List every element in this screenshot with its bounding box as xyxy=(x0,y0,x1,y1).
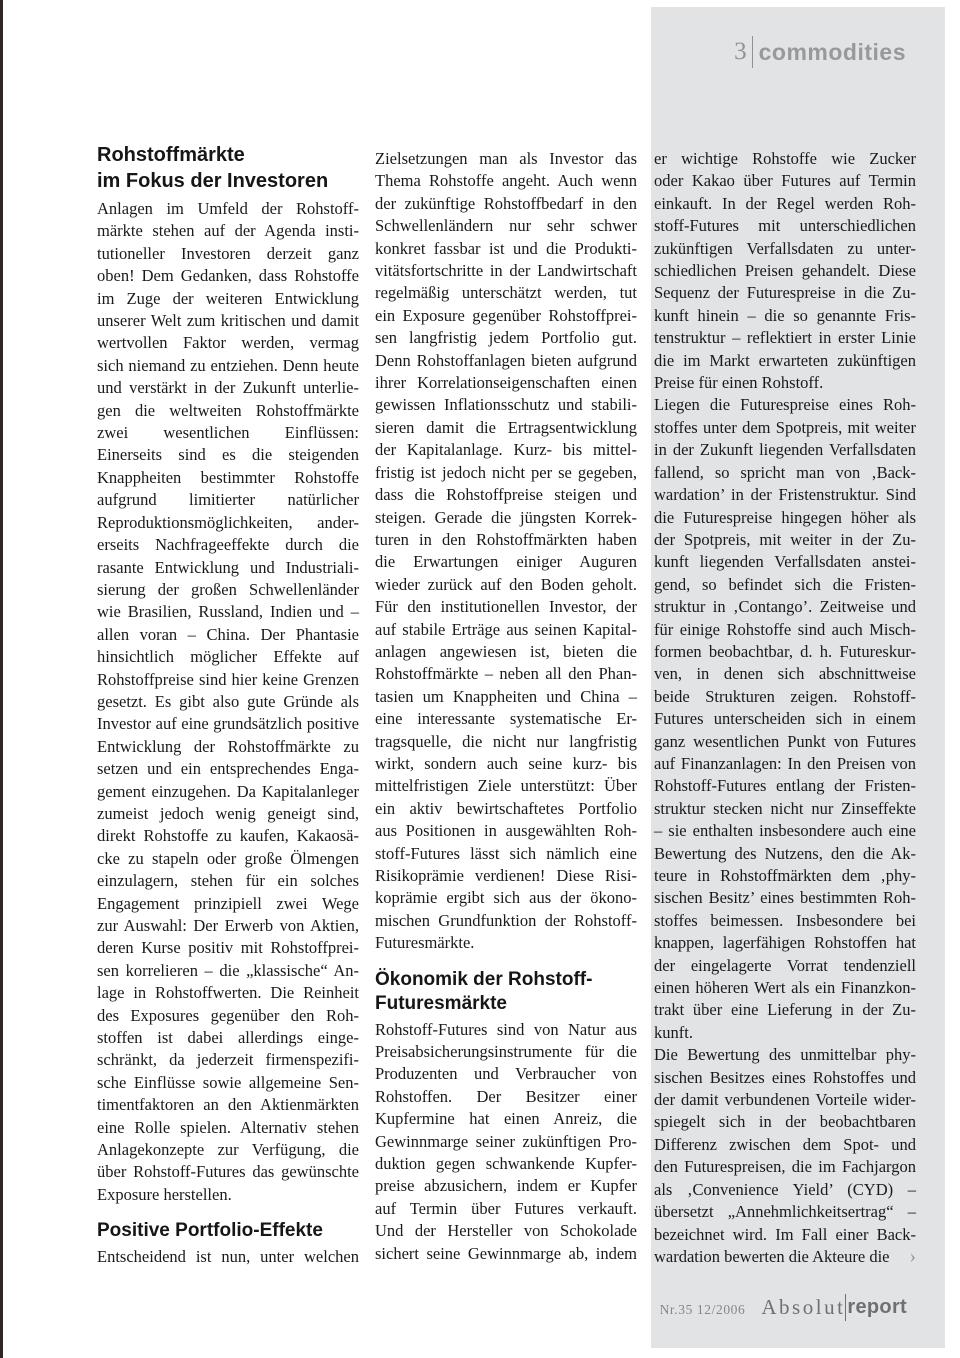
page-left-edge-line xyxy=(0,0,3,1358)
issue-number: Nr.35 12/2006 xyxy=(660,1302,746,1318)
magazine-page: 3 commodities Rohstoffmärkte im Fokus de… xyxy=(0,0,960,1358)
column-2: Zielsetzungen man als Investor das Thema… xyxy=(375,148,637,1265)
paragraph-backwardation-lastline: kunft. xyxy=(654,1022,916,1044)
imprint-footer: Nr.35 12/2006 Absolut report xyxy=(660,1294,907,1321)
paragraph-zucker-kakao-lastline: Preise für einen Rohstoff. xyxy=(654,372,916,394)
paragraph-futures-natur: Rohstoff-Futures sind von Natur aus Prei… xyxy=(375,1019,637,1265)
paragraph-convenience-yield: Die Bewertung des unmittelbar phy- sisch… xyxy=(654,1044,916,1246)
article-title-line2: im Fokus der Investoren xyxy=(97,169,359,195)
header-divider-rule xyxy=(752,36,753,68)
lastline-text: wardation bewerten die Akteure die xyxy=(654,1246,890,1268)
paragraph-zielsetzungen: Zielsetzungen man als Investor das Thema… xyxy=(375,148,637,932)
paragraph-zucker-kakao: er wichtige Rohstoffe wie Zucker oder Ka… xyxy=(654,148,916,372)
paragraph-portfolio: Entscheidend ist nun, unter welchen xyxy=(97,1246,359,1268)
article-title-line1: Rohstoffmärkte xyxy=(97,143,359,169)
running-head: 3 commodities xyxy=(734,36,906,68)
footer-divider-rule xyxy=(845,1294,846,1321)
brand-absolut: Absolut xyxy=(761,1295,845,1320)
page-number: 3 xyxy=(734,38,747,66)
paragraph-intro-lastline: Exposure herstellen. xyxy=(97,1184,359,1206)
column-1: Rohstoffmärkte im Fokus der Investoren A… xyxy=(97,143,359,1269)
subhead-oekonomik-line1: Ökonomik der Rohstoff- xyxy=(375,968,637,992)
subhead-positive-portfolio-effekte: Positive Portfolio-Effekte xyxy=(97,1219,359,1243)
section-title: commodities xyxy=(759,39,906,66)
paragraph-convenience-yield-lastline: wardation bewerten die Akteure die › xyxy=(654,1246,916,1268)
column-3: er wichtige Rohstoffe wie Zucker oder Ka… xyxy=(654,148,916,1268)
subhead-oekonomik-line2: Futuresmärkte xyxy=(375,992,637,1016)
paragraph-intro: Anlagen im Umfeld der Rohstoff- märkte s… xyxy=(97,198,359,1184)
paragraph-backwardation-contango: Liegen die Futurespreise eines Roh- stof… xyxy=(654,394,916,1021)
continuation-arrow-icon: › xyxy=(910,1246,916,1268)
brand-report: report xyxy=(847,1296,907,1319)
subhead-oekonomik: Ökonomik der Rohstoff- Futuresmärkte xyxy=(375,968,637,1016)
article-title: Rohstoffmärkte im Fokus der Investoren xyxy=(97,143,359,194)
paragraph-zielsetzungen-lastline: Futuresmärkte. xyxy=(375,932,637,954)
